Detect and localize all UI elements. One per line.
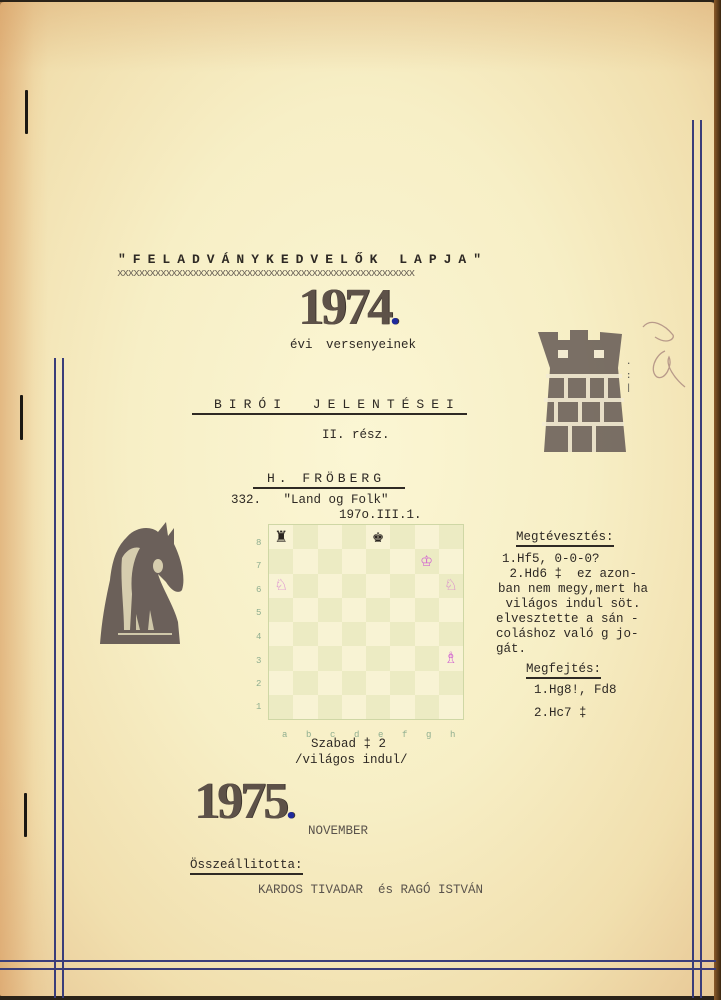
stipulation: Szabad ‡ 2 <box>311 737 386 751</box>
binding-mark <box>25 90 28 134</box>
board-square-f6 <box>390 574 414 598</box>
source-date: 197o.III.1. <box>339 508 422 522</box>
subtitle: évi versenyeinek <box>290 338 416 352</box>
try-line: elvesztette a sán - <box>496 612 639 626</box>
board-square-a5 <box>269 598 293 622</box>
stamp-ink-marks: ·:| <box>626 358 631 394</box>
try-heading: Megtévesztés: <box>516 530 614 547</box>
board-square-a2 <box>269 671 293 695</box>
solution-line: 2.Hc7 ‡ <box>534 706 587 720</box>
year-1975: 1975. <box>194 772 293 831</box>
board-square-e7 <box>366 549 390 573</box>
board-square-c6 <box>318 574 342 598</box>
try-line: ban nem megy,mert ha <box>498 582 648 596</box>
frame-rule-bottom <box>0 960 716 970</box>
try-heading-text: Megtévesztés: <box>516 530 614 544</box>
knight-stamp-icon <box>96 518 188 648</box>
board-square-b8 <box>293 525 317 549</box>
board-square-e4 <box>366 622 390 646</box>
try-line: 2.Hd6 ‡ ez azon- <box>502 567 637 581</box>
board-square-f4 <box>390 622 414 646</box>
board-square-b5 <box>293 598 317 622</box>
board-square-g8 <box>415 525 439 549</box>
try-line: világos indul söt. <box>498 597 641 611</box>
file-label: a <box>282 730 287 740</box>
try-line: coláshoz való g jo- <box>496 627 639 641</box>
publication-month: NOVEMBER <box>308 824 368 838</box>
board-square-f5 <box>390 598 414 622</box>
file-label: f <box>402 730 407 740</box>
board-square-b7 <box>293 549 317 573</box>
board-square-f8 <box>390 525 414 549</box>
board-square-b1 <box>293 695 317 719</box>
board-square-a6: ♘ <box>269 574 293 598</box>
board-square-e2 <box>366 671 390 695</box>
compiled-by-label: Összeállitotta: <box>190 858 303 875</box>
journal-title: "FELADVÁNYKEDVELŐK LAPJA" <box>118 252 488 267</box>
source-name: "Land og Folk" <box>284 493 389 507</box>
board-square-g6 <box>415 574 439 598</box>
board-square-e6 <box>366 574 390 598</box>
year-dot: . <box>390 288 397 333</box>
board-square-a1 <box>269 695 293 719</box>
rank-label: 7 <box>256 561 261 571</box>
stipulation-note: /világos indul/ <box>295 753 408 767</box>
board-square-h3: ♗ <box>439 646 463 670</box>
board-square-a8: ♜ <box>269 525 293 549</box>
board-square-f2 <box>390 671 414 695</box>
board-square-d7 <box>342 549 366 573</box>
board-square-b6 <box>293 574 317 598</box>
board-square-b4 <box>293 622 317 646</box>
rank-label: 6 <box>256 585 261 595</box>
board-square-c8 <box>318 525 342 549</box>
year-digits: 1974 <box>298 279 390 336</box>
year-1974: 1974. <box>298 278 397 337</box>
board-square-g4 <box>415 622 439 646</box>
board-square-h2 <box>439 671 463 695</box>
white-bishop-icon: ♗ <box>445 649 456 668</box>
composer-name: H. FRÖBERG <box>253 471 405 489</box>
board-square-h4 <box>439 622 463 646</box>
year-dot: . <box>286 782 293 827</box>
frame-rule-right <box>692 120 702 998</box>
board-square-b3 <box>293 646 317 670</box>
binding-mark <box>20 395 23 440</box>
board-square-e5 <box>366 598 390 622</box>
problem-source: 332. "Land og Folk" <box>231 493 389 507</box>
board-square-d6 <box>342 574 366 598</box>
rank-label: 4 <box>256 632 261 642</box>
report-title: BIRÓI JELENTÉSEI <box>192 397 467 415</box>
year-digits: 1975 <box>194 773 286 830</box>
board-square-g5 <box>415 598 439 622</box>
board-square-h5 <box>439 598 463 622</box>
board-square-c7 <box>318 549 342 573</box>
frame-rule-left <box>54 358 64 998</box>
board-square-h8 <box>439 525 463 549</box>
binding-mark <box>24 793 27 837</box>
page-edge <box>714 0 721 1000</box>
pencil-mark-icon <box>635 315 690 400</box>
board-square-d2 <box>342 671 366 695</box>
board-square-h7 <box>439 549 463 573</box>
board-square-g2 <box>415 671 439 695</box>
board-square-f7 <box>390 549 414 573</box>
rook-stamp-icon <box>536 328 628 454</box>
try-line: gát. <box>496 642 526 656</box>
rank-label: 2 <box>256 679 261 689</box>
board-square-e8: ♚ <box>366 525 390 549</box>
rank-label: 3 <box>256 656 261 666</box>
board-square-c1 <box>318 695 342 719</box>
problem-number: 332. <box>231 493 261 507</box>
white-knight-icon: ♘ <box>275 576 286 595</box>
black-rook-icon: ♜ <box>275 528 286 547</box>
chess-board: ♜♚♔♘♘♗ <box>268 524 464 720</box>
board-square-a7 <box>269 549 293 573</box>
white-king-icon: ♔ <box>421 552 432 571</box>
board-square-b2 <box>293 671 317 695</box>
board-square-c4 <box>318 622 342 646</box>
black-king-icon: ♚ <box>372 528 383 547</box>
board-square-g3 <box>415 646 439 670</box>
board-square-d5 <box>342 598 366 622</box>
board-square-g1 <box>415 695 439 719</box>
board-square-d3 <box>342 646 366 670</box>
board-square-d4 <box>342 622 366 646</box>
rank-label: 8 <box>256 538 261 548</box>
board-square-d1 <box>342 695 366 719</box>
file-label: g <box>426 730 431 740</box>
board-square-g7: ♔ <box>415 549 439 573</box>
board-square-f1 <box>390 695 414 719</box>
part-label: II. rész. <box>322 428 390 442</box>
board-square-c3 <box>318 646 342 670</box>
board-square-f3 <box>390 646 414 670</box>
rank-label: 1 <box>256 702 261 712</box>
board-square-h1 <box>439 695 463 719</box>
rank-label: 5 <box>256 608 261 618</box>
board-square-h6: ♘ <box>439 574 463 598</box>
solution-line: 1.Hg8!, Fd8 <box>534 683 617 697</box>
board-square-c5 <box>318 598 342 622</box>
file-label: h <box>450 730 455 740</box>
board-square-d8 <box>342 525 366 549</box>
board-square-e3 <box>366 646 390 670</box>
board-square-c2 <box>318 671 342 695</box>
board-square-a3 <box>269 646 293 670</box>
solution-heading: Megfejtés: <box>526 662 601 679</box>
try-line: 1.Hf5, 0-0-0? <box>502 552 600 566</box>
white-knight-icon: ♘ <box>445 576 456 595</box>
compilers: KARDOS TIVADAR és RAGÓ ISTVÁN <box>258 883 483 897</box>
board-square-a4 <box>269 622 293 646</box>
board-square-e1 <box>366 695 390 719</box>
